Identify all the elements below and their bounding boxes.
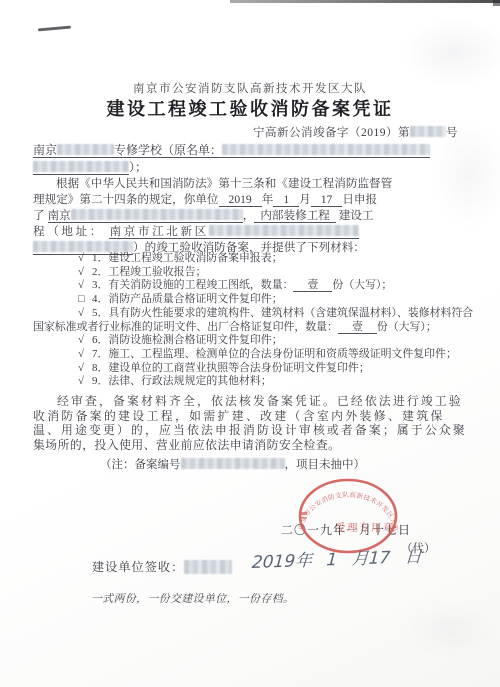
redacted-applicant-name <box>57 144 114 155</box>
body-paragraph-1: 根据《中华人民共和国消防法》第十三条和《建设工程消防监督管 理规定》第二十四条的… <box>33 176 470 256</box>
issuing-authority: 南京市公安消防支队高新技术开发区大队 <box>0 80 500 96</box>
para1-line2: 理规定》第二十四条的规定，你单位2019年1月17日申报 <box>33 192 470 208</box>
stamp-center-text: 受理专用章 <box>335 521 395 534</box>
redacted-signature <box>184 560 232 574</box>
checklist-item-7: √7．施工、工程监理、检测单位的合法身份证明和资质等级证明文件复印件； <box>33 348 470 362</box>
para2-line2: 收消防备案的建设工程，如需扩建、改建（含室内外装修、建筑保 <box>33 409 470 424</box>
check-mark-icon: √ <box>78 307 92 321</box>
para1-line3-pre: 了 <box>33 209 45 222</box>
para1-line2-pre: 理规定》第二十四条的规定，你单位 <box>33 193 219 206</box>
para1-line4: 程（地址： 南京市江北新区 <box>33 224 470 240</box>
checklist-item-9: √9．法律、行政法规规定的其他材料； <box>33 375 470 389</box>
para1-line3: 了 南京，内部装修工程 建设工 <box>33 208 470 224</box>
filled-day: 17 <box>311 193 343 207</box>
checklist-item-6: √6．消防设施检测合格证明文件复印件； <box>33 334 470 348</box>
filled-year: 2019 <box>219 193 262 207</box>
check-mark-icon: √ <box>78 252 92 266</box>
year-unit: 年 <box>262 193 274 206</box>
checklist-item-4: □4．消防产品质量合格证明文件复印件； <box>33 293 470 307</box>
applicant-name-line1: 南京专修学校（原名单： <box>33 141 430 158</box>
stamp-serial-mark <box>299 512 307 515</box>
registration-note: （注：备案编号，项目未抽中） <box>100 456 365 472</box>
check-mark-icon: √ <box>78 266 92 280</box>
para1-line2-suf: 日申报 <box>342 193 377 206</box>
stamp-ellipse-border <box>300 480 396 552</box>
redacted-original-name-cont <box>33 161 129 172</box>
scan-top-edge-artifact <box>230 0 500 3</box>
address-label: 程（地址： <box>33 225 104 238</box>
project-city: 南京 <box>48 209 71 222</box>
signature-row: 建设单位签收： <box>92 558 232 575</box>
checklist-item-8: √8．建设单位的工商营业执照等合法身份证明文件复印件； <box>33 362 470 376</box>
check-mark-icon: √ <box>78 334 92 348</box>
item-label: 8．建设单位的工商营业执照等合法身份证明文件复印件； <box>92 362 370 374</box>
item-label: 3．有关消防设施的工程竣工图纸，数量： <box>92 279 293 291</box>
checklist-item-5-cont: 国家标准或者行业标准的证明文件、出厂合格证复印件，数量：壹份（大写）； <box>33 321 470 335</box>
para1-comma: ， <box>243 209 255 222</box>
item-label: 国家标准或者行业标准的证明文件、出厂合格证复印件，数量： <box>33 321 338 333</box>
redacted-address-cont <box>33 241 133 252</box>
para1-line3-suf: 建设工 <box>339 209 374 222</box>
checkbox-empty-icon: □ <box>78 293 92 307</box>
project-type: 内部装修工程 <box>254 209 336 223</box>
item-label: 4．消防产品质量合格证明文件复印件； <box>92 293 283 305</box>
para2-line1: 经审查，备案材料齐全，依法核发备案凭证。已经依法进行竣工验 <box>33 394 470 409</box>
para1-line1: 根据《中华人民共和国消防法》第十三条和《建设工程消防监督管 <box>33 176 470 192</box>
redacted-address <box>209 225 359 236</box>
handwritten-date: 2019年 1 月17 日 <box>251 542 423 573</box>
staple-mark-artifact <box>38 26 71 32</box>
item-label-post: 份（大写）； <box>377 321 437 333</box>
scan-corner-artifact <box>493 0 500 6</box>
applicant-city: 南京 <box>33 143 57 157</box>
month-unit: 月 <box>299 193 311 206</box>
redacted-project-name <box>71 209 243 220</box>
applicant-close: ）； <box>129 160 147 174</box>
quantity-value: 壹 <box>338 321 377 334</box>
redacted-doc-number <box>410 126 446 137</box>
scan-smudge <box>400 600 500 660</box>
applicant-suffix: 专修学校（原名单： <box>114 143 222 157</box>
quantity-value: 壹 <box>293 279 332 292</box>
checklist-item-2: √2．工程竣工验收报告； <box>33 266 470 280</box>
sign-label: 建设单位签收： <box>92 560 184 574</box>
item-label: 6．消防设施检测合格证明文件复印件； <box>92 334 283 346</box>
redacted-original-name <box>222 144 430 155</box>
checklist-item-5: √5．具有防火性能要求的建筑构件、建筑材料（含建筑保温材料）、装修材料符合 <box>33 307 470 321</box>
scanned-document-page: 南京市公安消防支队高新技术开发区大队 建设工程竣工验收消防备案凭证 宁高新公消竣… <box>0 0 500 687</box>
check-mark-icon: √ <box>78 362 92 376</box>
scan-smudge <box>400 18 500 88</box>
item-label: 5．具有防火性能要求的建筑构件、建筑材料（含建筑保温材料）、装修材料符合 <box>92 307 473 319</box>
filled-month: 1 <box>273 193 299 207</box>
check-mark-icon: √ <box>78 279 92 293</box>
document-title: 建设工程竣工验收消防备案凭证 <box>0 95 500 121</box>
check-mark-icon: √ <box>78 348 92 362</box>
item-label-post: 份（大写）； <box>332 279 392 291</box>
check-mark-icon: √ <box>78 375 92 389</box>
checklist-item-3: √3．有关消防设施的工程竣工图纸，数量：壹份（大写）； <box>33 279 470 293</box>
item-label: 9．法律、行政法规规定的其他材料； <box>92 375 272 387</box>
materials-checklist: √1．建设工程竣工验收消防备案申报表； √2．工程竣工验收报告； √3．有关消防… <box>33 252 470 389</box>
body-paragraph-2: 经审查，备案材料齐全，依法核发备案凭证。已经依法进行竣工验 收消防备案的建设工程… <box>33 394 470 452</box>
para2-line3: 温、用途变更）的，应当依法申报消防设计审核或者备案；属于公众聚 <box>33 423 470 438</box>
distribution-note: 一式两份，一份交建设单位，一份存档。 <box>91 591 294 606</box>
doc-number-prefix: 宁高新公消竣备字（2019）第 <box>253 127 410 139</box>
item-label: 7．施工、工程监理、检测单位的合法身份证明和资质等级证明文件复印件； <box>92 348 457 360</box>
document-number: 宁高新公消竣备字（2019）第号 <box>253 124 458 140</box>
applicant-name-line2: ）； <box>33 158 147 175</box>
note-suffix: ，项目未抽中） <box>285 459 366 471</box>
item-label: 1．建设工程竣工验收消防备案申报表； <box>92 252 283 264</box>
para2-line4: 集场所的，投入使用、营业前应依法申请消防安全检查。 <box>33 438 470 453</box>
stamp-serial-mark <box>299 517 307 519</box>
address-district: 南京市江北新区 <box>109 225 208 238</box>
doc-number-suffix: 号 <box>446 127 458 139</box>
redacted-registration-number <box>181 458 285 469</box>
checklist-item-1: √1．建设工程竣工验收消防备案申报表； <box>33 252 470 266</box>
note-prefix: （注：备案编号 <box>100 459 181 471</box>
item-label: 2．工程竣工验收报告； <box>92 266 206 278</box>
